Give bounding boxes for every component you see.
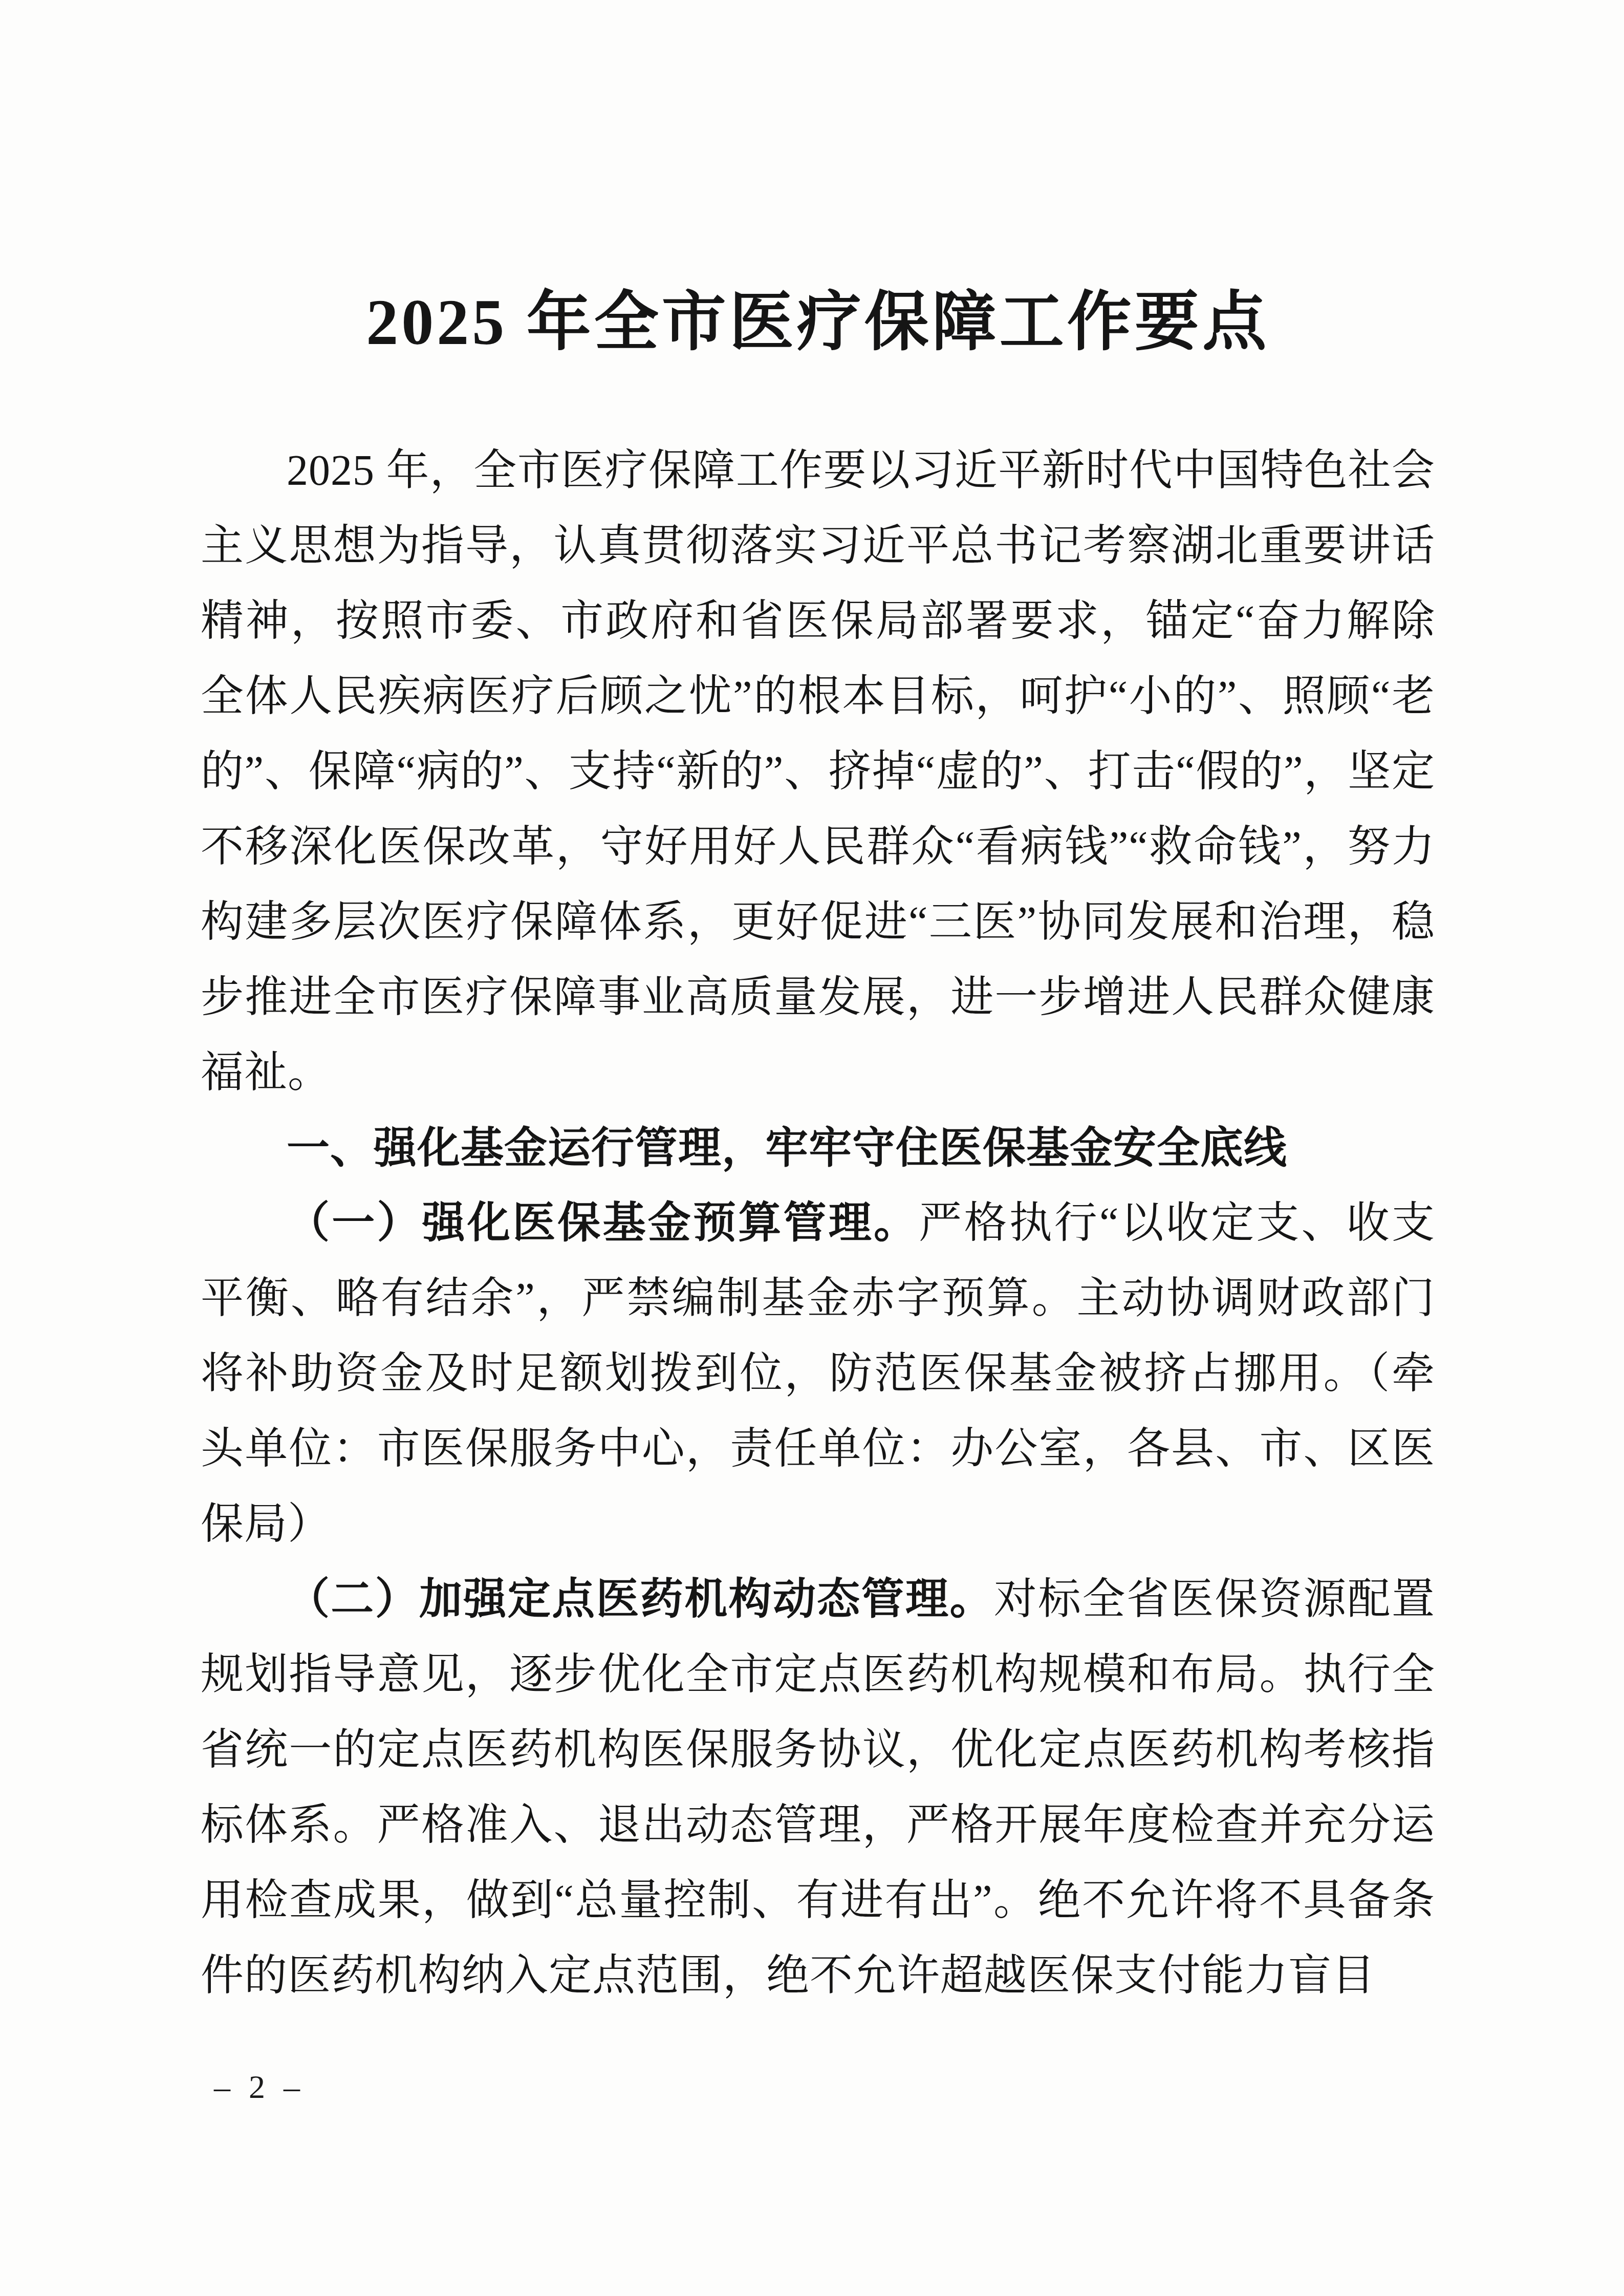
item-2-body: 对标全省医保资源配置规划指导意见，逐步优化全市定点医药机构规模和布局。执行全省统… bbox=[201, 1576, 1435, 2000]
intro-paragraph: 2025 年，全市医疗保障工作要以习近平新时代中国特色社会主义思想为指导，认真贯… bbox=[201, 433, 1435, 1110]
section-1-heading: 一、强化基金运行管理，牢牢守住医保基金安全底线 bbox=[201, 1110, 1435, 1186]
item-1-lead: （一）强化医保基金预算管理。 bbox=[287, 1199, 919, 1247]
page-number: – 2 – bbox=[214, 2068, 305, 2106]
item-2-paragraph: （二）加强定点医药机构动态管理。对标全省医保资源配置规划指导意见，逐步优化全市定… bbox=[201, 1562, 1435, 2013]
item-1-paragraph: （一）强化医保基金预算管理。严格执行“以收定支、收支平衡、略有结余”，严禁编制基… bbox=[201, 1186, 1435, 1562]
document-title: 2025 年全市医疗保障工作要点 bbox=[201, 284, 1435, 361]
item-2-lead: （二）加强定点医药机构动态管理。 bbox=[287, 1576, 994, 1623]
document-content: 2025 年，全市医疗保障工作要以习近平新时代中国特色社会主义思想为指导，认真贯… bbox=[201, 433, 1435, 2013]
document-body: 2025 年全市医疗保障工作要点 2025 年，全市医疗保障工作要以习近平新时代… bbox=[201, 284, 1435, 2013]
document-page: 2025 年全市医疗保障工作要点 2025 年，全市医疗保障工作要以习近平新时代… bbox=[0, 0, 1624, 2296]
